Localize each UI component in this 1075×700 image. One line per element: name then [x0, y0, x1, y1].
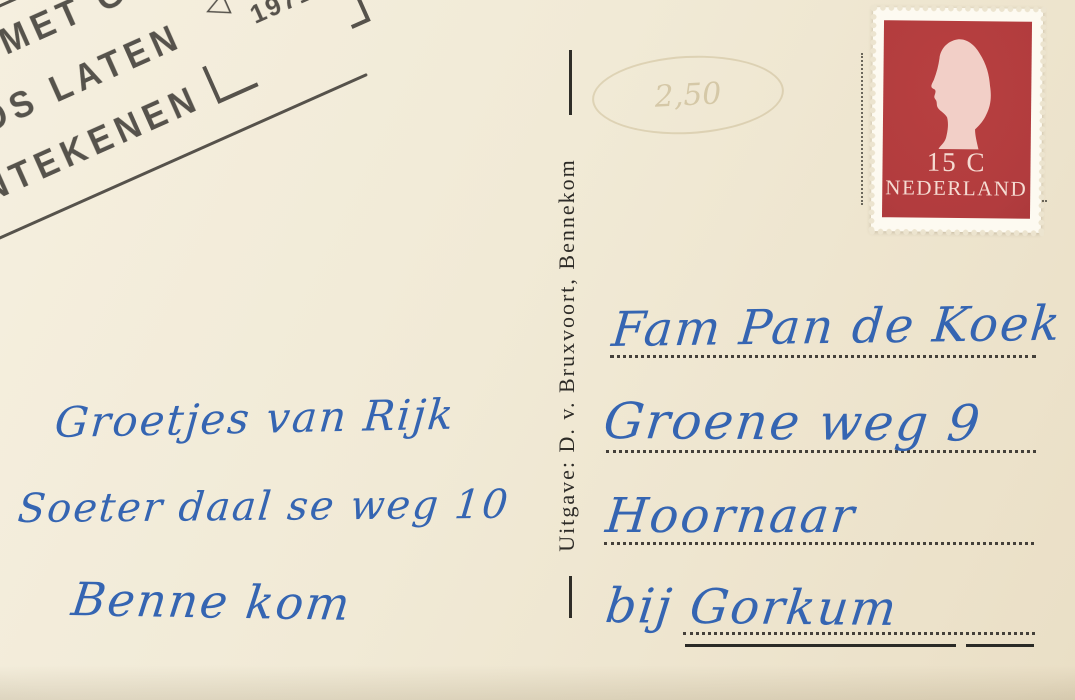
postcard-scan: MET GELD DS LATEN NTEKENEN ◁ 30VIII2 197…: [0, 0, 1075, 700]
stamp-perforation-top: [870, 3, 1046, 14]
address-line-1: Fam Pan de Koek: [609, 296, 1064, 358]
address-line-2: Groene weg 9: [601, 392, 985, 453]
postage-stamp: 15 C NEDERLAND: [871, 7, 1043, 233]
queen-profile-silhouette: [901, 32, 1014, 151]
stamp-value: 15 C: [882, 148, 1030, 177]
divider-top-segment: [569, 50, 572, 115]
stamp-perforation-bottom: [868, 227, 1044, 238]
postmark-cancellation: MET GELD DS LATEN NTEKENEN ◁ 30VIII2 197…: [0, 0, 540, 298]
address-underline-segment-2: [966, 644, 1034, 647]
postmark-year: 1971: [245, 0, 318, 31]
stamp-perforation-left: [866, 4, 877, 234]
address-line-3: Hoornaar: [603, 488, 859, 544]
divider-bottom-segment: [569, 576, 572, 618]
stamp-country: NEDERLAND: [882, 175, 1030, 201]
pencil-price-note: 2,50: [590, 51, 786, 139]
stamp-design: 15 C NEDERLAND: [882, 20, 1032, 219]
address-line-4: bij Gorkum: [603, 578, 901, 637]
stamp-box-dotted-line-left: [861, 53, 863, 205]
pencil-price-text: 2,50: [654, 76, 723, 114]
postmark-corner-bracket-left-icon: [202, 50, 258, 104]
publisher-imprint: Uitgave: D. v. Bruxvoort, Bennekom: [554, 135, 580, 575]
message-line-1: Groetjes van Rijk: [53, 390, 457, 447]
address-underline-segment-1: [685, 644, 956, 647]
message-line-3: Benne kom: [69, 572, 355, 631]
postmark-corner-bracket-right-icon: [335, 0, 371, 29]
message-line-2: Soeter daal se weg 10: [16, 482, 512, 532]
